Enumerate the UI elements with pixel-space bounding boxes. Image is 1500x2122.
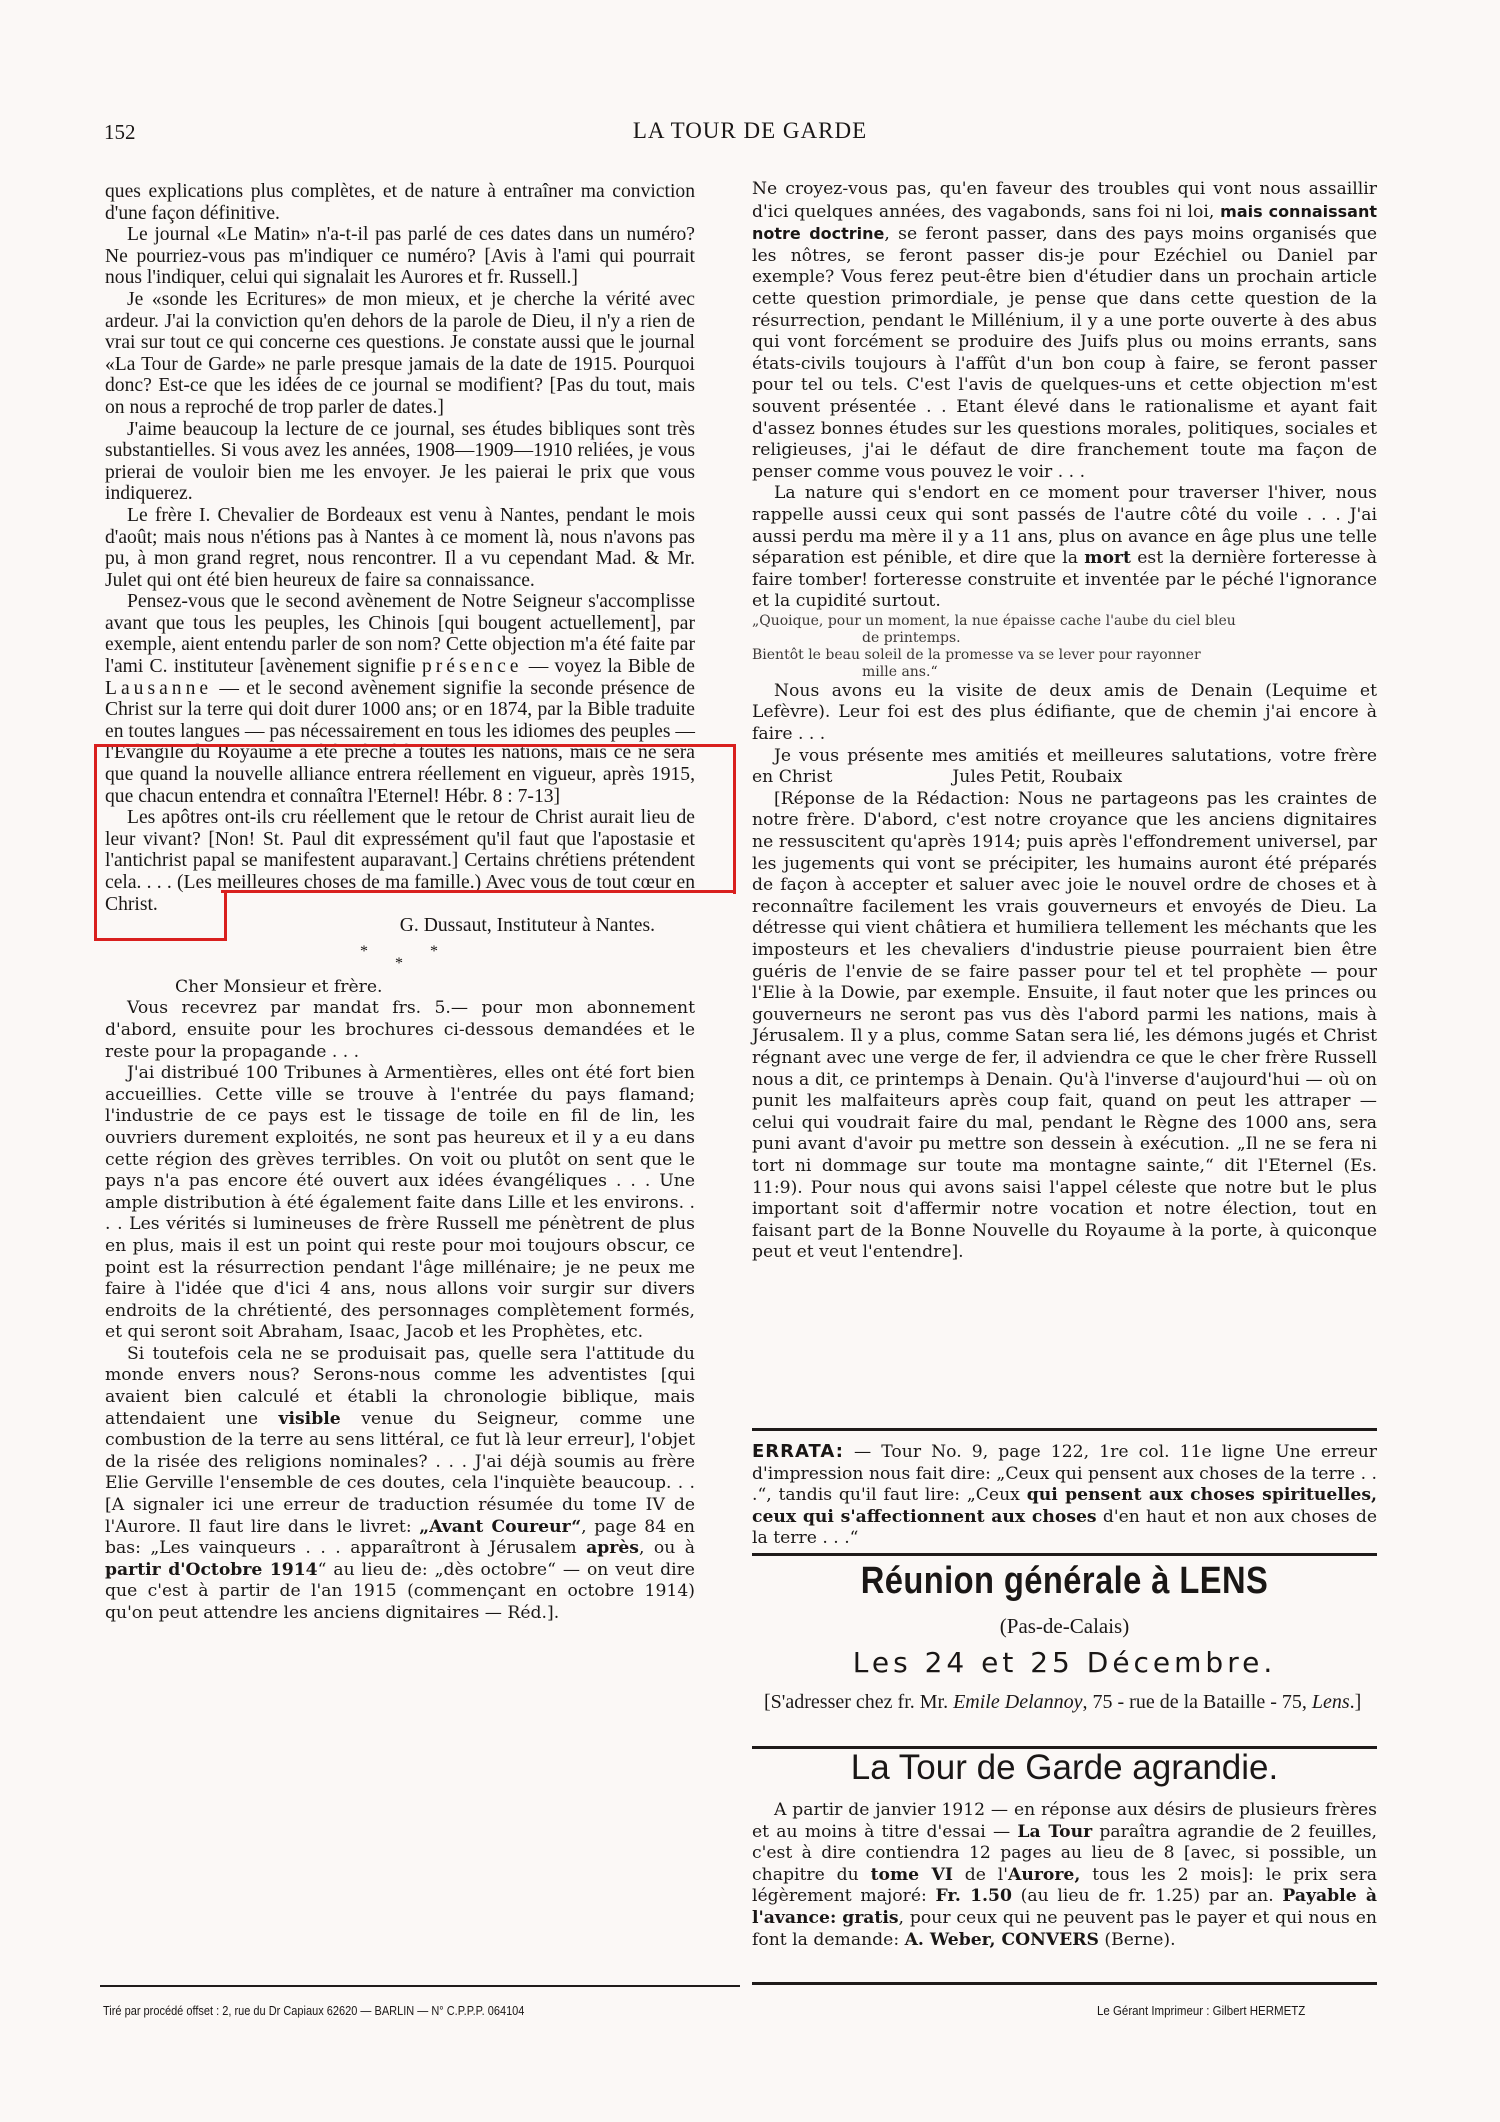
asterisk: *: [430, 941, 438, 963]
text-run: .]: [1350, 1691, 1362, 1713]
bold-run: partir d'Octobre 1914: [105, 1560, 318, 1580]
announcement-address: [S'adresser chez fr. Mr. Emile Delannoy,…: [752, 1690, 1377, 1715]
text-run: (au lieu de fr. 1.25) par an.: [1012, 1886, 1282, 1906]
text-run: de l': [953, 1865, 1008, 1885]
paragraph: Je «sonde les Ecritures» de mon mieux, e…: [105, 289, 695, 419]
asterisk: *: [395, 953, 403, 975]
divider: [752, 1982, 1377, 1985]
manager-credit: Le Gérant Imprimeur : Gilbert HERMETZ: [1097, 2004, 1305, 2018]
section-separator: * * *: [105, 937, 695, 977]
spaced-word: Lausanne: [105, 678, 212, 699]
footer-divider: [100, 1985, 740, 1987]
paragraph: ques explications plus complètes, et de …: [105, 181, 695, 224]
printer-imprint: Tiré par procédé offset : 2, rue du Dr C…: [103, 2004, 524, 2018]
text-run: — voyez la Bible de: [523, 656, 696, 677]
announcement-title: La Tour de Garde agrandie.: [752, 1748, 1377, 1788]
signature: G. Dussaut, Instituteur à Nantes.: [105, 915, 695, 937]
paragraph: J'aime beaucoup la lecture de ce journal…: [105, 419, 695, 505]
bold-run: après: [586, 1538, 639, 1558]
bold-run: visible: [278, 1409, 340, 1429]
signature: Jules Petit, Roubaix: [832, 767, 1122, 787]
editorial-reply: [Réponse de la Rédaction: Nous ne partag…: [752, 789, 1377, 1264]
poem-line: mille ans.“: [752, 664, 1377, 681]
paragraph: Le frère I. Chevalier de Bordeaux est ve…: [105, 505, 695, 591]
paragraph: Ne croyez-vous pas, qu'en faveur des tro…: [752, 179, 1377, 483]
poem-quote: „Quoique, pour un moment, la nue épaisse…: [752, 613, 1377, 681]
paragraph: Nous avons eu la visite de deux amis de …: [752, 681, 1377, 746]
bold-run: Fr. 1.50: [936, 1886, 1012, 1906]
announcement-body: A partir de janvier 1912 — en réponse au…: [752, 1800, 1377, 1951]
left-column: ques explications plus complètes, et de …: [105, 181, 695, 1625]
text-run: [S'adresser chez fr. Mr.: [764, 1691, 953, 1713]
paragraph: J'ai distribué 100 Tribunes à Armentière…: [105, 1063, 695, 1344]
greeting: Cher Monsieur et frère.: [105, 977, 695, 999]
italic-run: Lens: [1312, 1691, 1350, 1713]
text-run: , ou à: [639, 1538, 695, 1558]
poem-line: „Quoique, pour un moment, la nue épaisse…: [752, 613, 1377, 630]
poem-line: Bientôt le beau soleil de la promesse va…: [752, 647, 1377, 664]
divider: [752, 1428, 1377, 1431]
bold-run: mort: [1084, 548, 1131, 568]
paragraph: Si toutefois cela ne se produisait pas, …: [105, 1344, 695, 1625]
paragraph: La nature qui s'endort en ce moment pour…: [752, 483, 1377, 613]
bold-run: tome VI: [871, 1865, 953, 1885]
right-column: Ne croyez-vous pas, qu'en faveur des tro…: [752, 179, 1377, 1264]
poem-line: de printemps.: [752, 630, 1377, 647]
bold-run: La Tour: [1017, 1822, 1092, 1842]
text-run: (Berne).: [1099, 1930, 1176, 1950]
bold-run: gratis: [842, 1908, 898, 1928]
paragraph: Vous recevrez par mandat frs. 5.— pour m…: [105, 998, 695, 1063]
text-run: , se feront passer, dans des pays moins …: [752, 224, 1377, 482]
asterisk: *: [360, 941, 368, 963]
announcement-dates: Les 24 et 25 Décembre.: [752, 1646, 1377, 1679]
highlighted-paragraph: Pensez-vous que le second avènement de N…: [105, 591, 695, 807]
bold-run: Aurore,: [1008, 1865, 1080, 1885]
announcement-subtitle: (Pas-de-Calais): [752, 1614, 1377, 1639]
paragraph: Le journal «Le Matin» n'a-t-il pas parlé…: [105, 224, 695, 289]
paragraph: Les apôtres ont-ils cru réellement que l…: [105, 807, 695, 915]
bold-run: „Avant Coureur“: [419, 1517, 581, 1537]
errata-label: ERRATA:: [752, 1441, 844, 1462]
spaced-word: présence: [422, 656, 523, 677]
paragraph: Je vous présente mes amitiés et meilleur…: [752, 746, 1377, 789]
italic-run: Emile Delannoy: [953, 1691, 1082, 1713]
text-run: , 75 - rue de la Bataille - 75,: [1083, 1691, 1312, 1713]
errata-notice: ERRATA: — Tour No. 9, page 122, 1re col.…: [752, 1441, 1377, 1550]
paragraph: A partir de janvier 1912 — en réponse au…: [752, 1800, 1377, 1951]
bold-run: A. Weber, CONVERS: [905, 1930, 1099, 1950]
divider: [752, 1553, 1377, 1556]
announcement-title: Réunion générale à LENS: [796, 1560, 1334, 1603]
running-title: LA TOUR DE GARDE: [0, 118, 1500, 144]
